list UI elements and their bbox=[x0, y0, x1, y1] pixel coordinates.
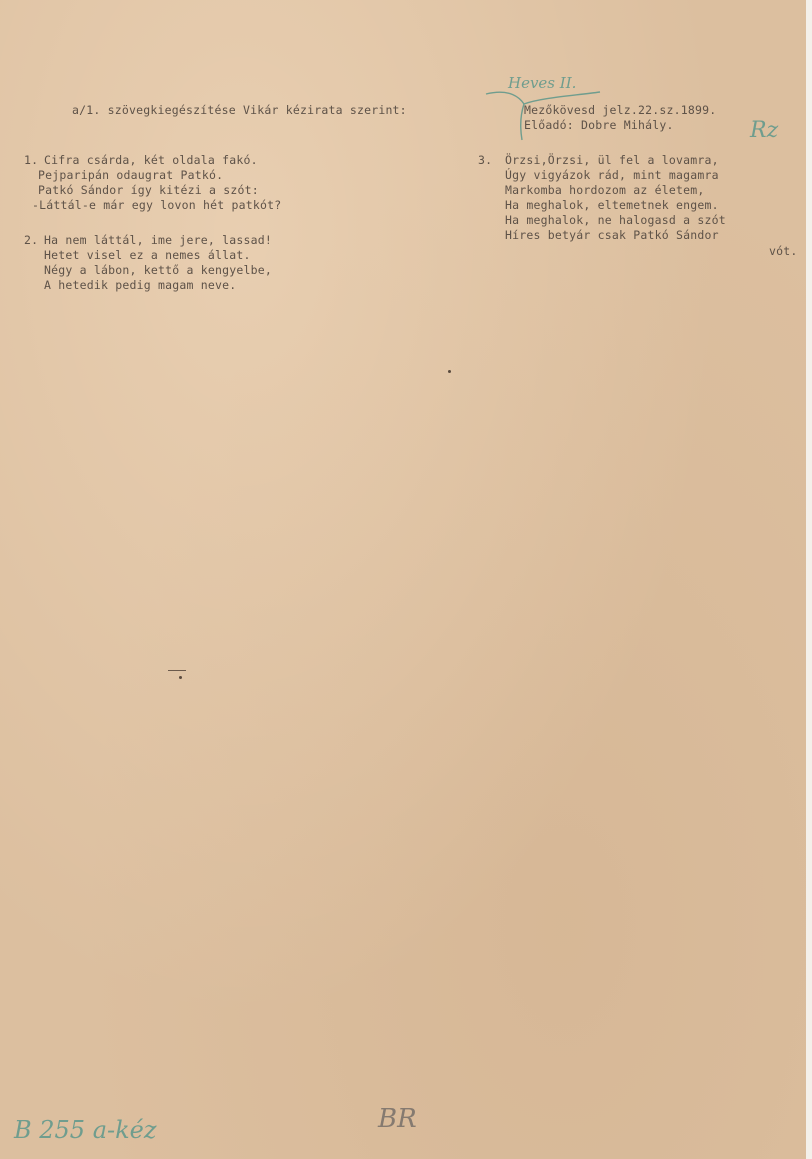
stanza-number: 1. bbox=[24, 153, 38, 169]
verse-line: Markomba hordozom az életem, bbox=[505, 183, 704, 199]
header-title: a/1. szövegkiegészítése Vikár kézirata s… bbox=[72, 103, 407, 119]
verse-line: Örzsi,Örzsi, ül fel a lovamra, bbox=[505, 153, 719, 169]
ink-speck bbox=[448, 370, 451, 373]
ink-dash bbox=[168, 670, 186, 671]
verse-line: Patkó Sándor így kitézi a szót: bbox=[38, 183, 259, 199]
verse-line: Ha meghalok, ne halogasd a szót bbox=[505, 213, 726, 229]
verse-line: Úgy vigyázok rád, mint magamra bbox=[505, 168, 719, 184]
verse-line: vót. bbox=[769, 244, 798, 260]
ink-speck bbox=[179, 676, 182, 679]
catalog-note: B 255 a-kéz bbox=[14, 1116, 157, 1144]
verse-line: Ha meghalok, eltemetnek engem. bbox=[505, 198, 719, 214]
verse-line: Híres betyár csak Patkó Sándor bbox=[505, 228, 719, 244]
verse-line: Ha nem láttál, ime jere, lassad! bbox=[44, 233, 272, 249]
initials-mark: Rz bbox=[750, 118, 778, 143]
verse-line: Hetet visel ez a nemes állat. bbox=[44, 248, 251, 264]
source-line: Mezőkövesd jelz.22.sz.1899. bbox=[524, 103, 716, 119]
verse-line: Cifra csárda, két oldala fakó. bbox=[44, 153, 258, 169]
verse-line: Pejparipán odaugrat Patkó. bbox=[38, 168, 223, 184]
verse-line: -Láttál-e már egy lovon hét patkót? bbox=[32, 198, 281, 214]
footer-initials: BR bbox=[378, 1104, 417, 1134]
performer-line: Előadó: Dobre Mihály. bbox=[524, 118, 674, 134]
document-page: a/1. szövegkiegészítése Vikár kézirata s… bbox=[0, 0, 806, 1159]
stanza-number: 3. bbox=[478, 153, 492, 169]
verse-line: Négy a lábon, kettő a kengyelbe, bbox=[44, 263, 272, 279]
verse-line: A hetedik pedig magam neve. bbox=[44, 278, 236, 294]
stanza-number: 2. bbox=[24, 233, 38, 249]
page-edge bbox=[806, 0, 812, 1159]
